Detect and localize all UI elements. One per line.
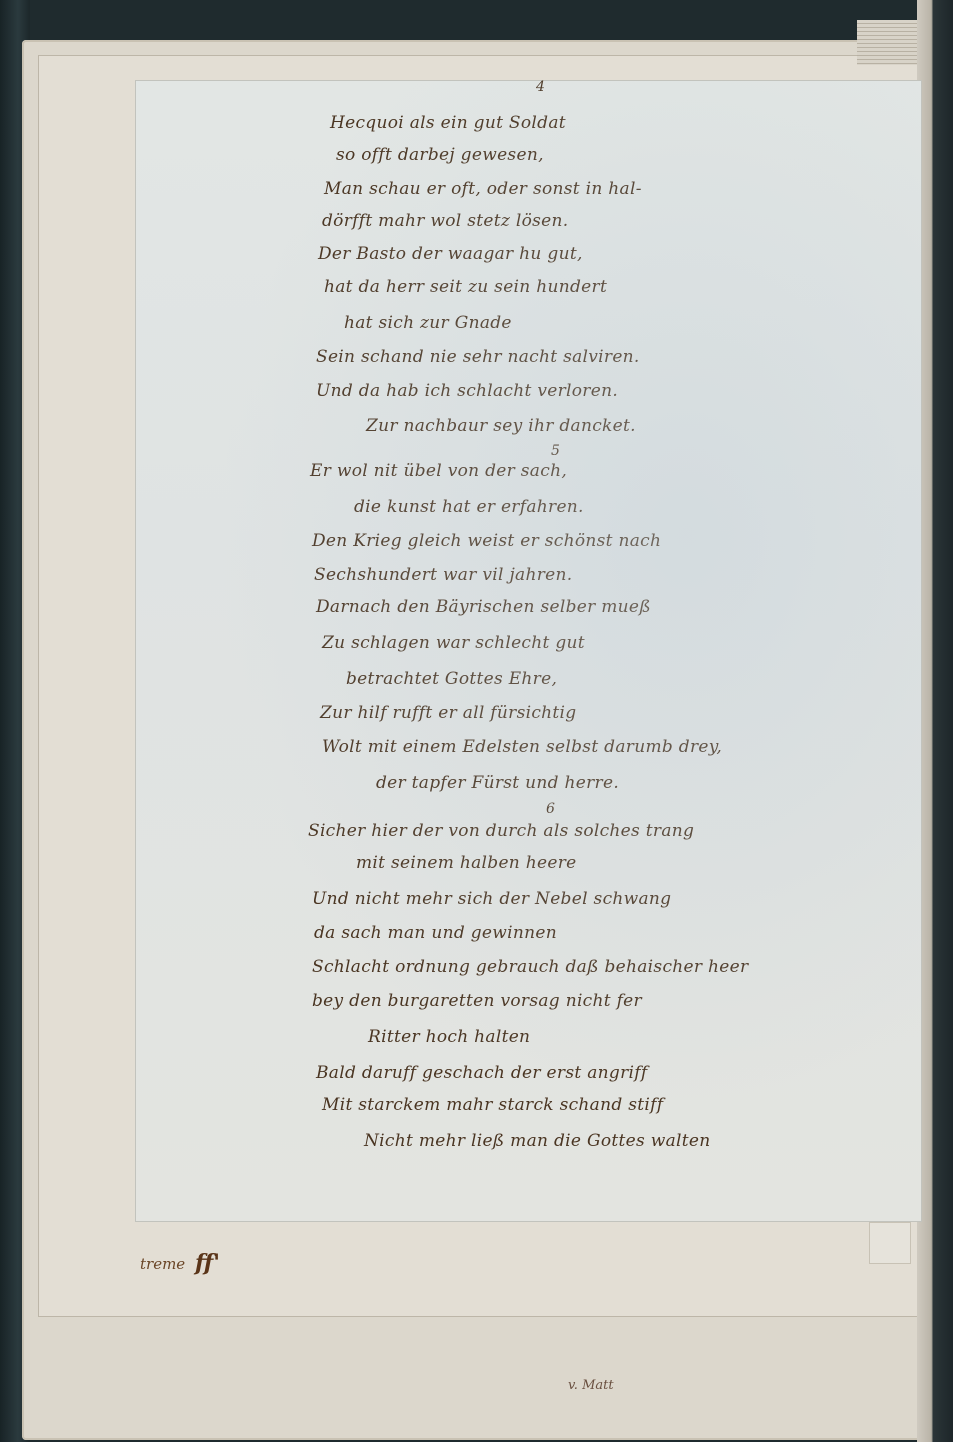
manuscript-line: Mit starckem mahr starck schand stiff [322,1095,663,1115]
stanza-number: 5 [551,443,560,459]
manuscript-line: Nicht mehr ließ man die Gottes walten [364,1131,711,1151]
paper-patch [869,1222,911,1264]
stanza-number: 6 [546,801,555,817]
manuscript-line: Sein schand nie sehr nacht salviren. [316,347,640,367]
manuscript-line: Wolt mit einem Edelsten selbst darumb dr… [322,737,722,757]
manuscript-line: hat sich zur Gnade [344,313,512,333]
manuscript-line: hat da herr seit zu sein hundert [324,277,607,297]
manuscript-line: Bald daruff geschach der erst angriff [316,1063,647,1083]
manuscript-line: die kunst hat er erfahren. [354,497,584,517]
manuscript-line: Der Basto der waagar hu gut, [318,244,583,264]
manuscript-line: Sicher hier der von durch als solches tr… [308,821,694,841]
manuscript-line: Er wol nit übel von der sach, [310,461,567,481]
book-binding-right [917,0,953,1442]
manuscript-line: mit seinem halben heere [356,853,577,873]
manuscript-line: bey den burgaretten vorsag nicht fer [312,991,642,1011]
manuscript-line: Den Krieg gleich weist er schönst nach [312,531,661,551]
manuscript-line: der tapfer Fürst und herre. [376,773,619,793]
manuscript-page: 4 Hecquoi als ein gut Soldat so offt dar… [135,80,922,1222]
margin-note: treme [140,1255,185,1273]
manuscript-line: Sechshundert war vil jahren. [314,565,572,585]
manuscript-line: dörfft mahr wol stetz lösen. [322,211,568,231]
bottom-note: v. Matt [568,1378,614,1393]
manuscript-line: Hecquoi als ein gut Soldat [330,113,566,133]
manuscript-text: 4 Hecquoi als ein gut Soldat so offt dar… [136,81,921,1221]
manuscript-line: Zu schlagen war schlecht gut [322,633,585,653]
manuscript-line: so offt darbej gewesen, [336,145,544,165]
right-page-edges [857,20,917,65]
page-number: 4 [536,79,545,95]
manuscript-line: Darnach den Bäyrischen selber mueß [316,597,651,617]
manuscript-line: betrachtet Gottes Ehre, [346,669,557,689]
manuscript-line: da sach man und gewinnen [314,923,557,943]
manuscript-line: Man schau er oft, oder sonst in hal- [324,179,642,199]
manuscript-line: Schlacht ordnung gebrauch daß behaischer… [312,957,748,977]
manuscript-line: Und da hab ich schlacht verloren. [316,381,618,401]
manuscript-line: Zur nachbaur sey ihr dancket. [366,416,636,436]
margin-mark: ff' [195,1250,220,1276]
manuscript-line: Zur hilf rufft er all fürsichtig [320,703,576,723]
manuscript-line: Ritter hoch halten [368,1027,530,1047]
manuscript-line: Und nicht mehr sich der Nebel schwang [312,889,671,909]
